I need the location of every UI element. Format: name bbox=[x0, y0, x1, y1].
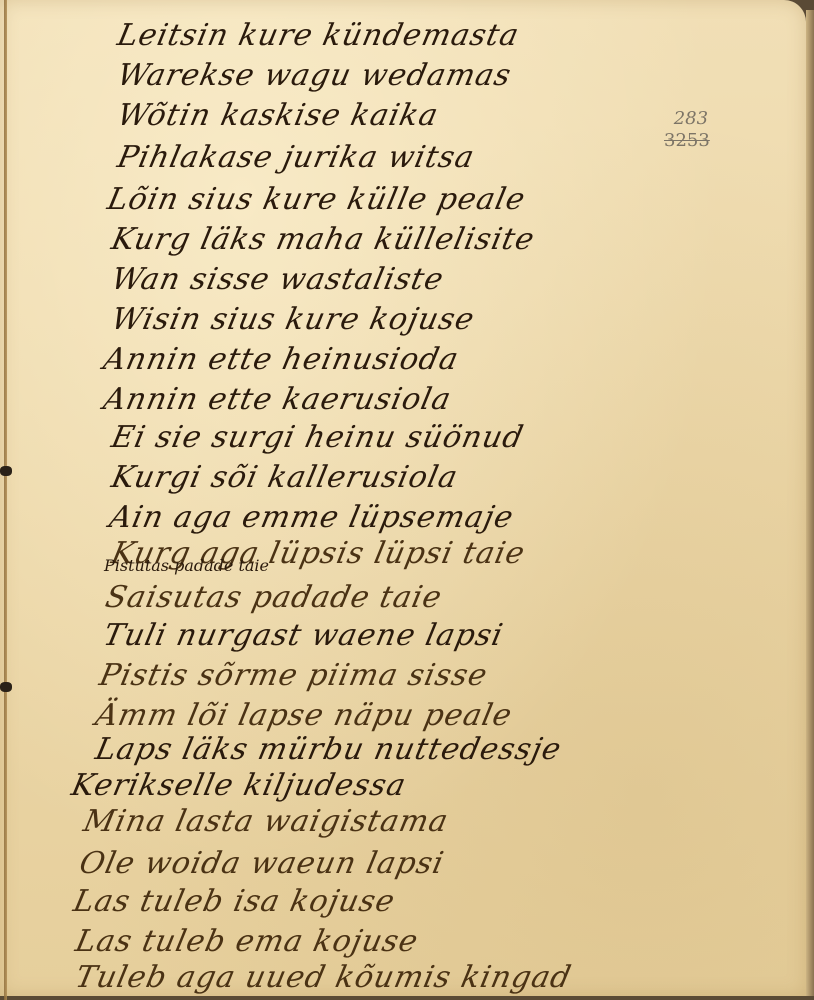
manuscript-line: Annin ette heinusioda bbox=[100, 342, 462, 377]
manuscript-line: Tuli nurgast waene lapsi bbox=[100, 618, 506, 653]
manuscript-line: Pihlakase jurika witsa bbox=[114, 140, 478, 175]
manuscript-line: Wisin sius kure kojuse bbox=[108, 302, 478, 337]
handwritten-text-block: Leitsin kure kündemasta Warekse wagu wed… bbox=[0, 0, 806, 1000]
interlinear-insertion: Pistutas padade taie bbox=[104, 556, 269, 575]
manuscript-line: Ämm lõi lapse näpu peale bbox=[92, 698, 515, 733]
manuscript-line: Leitsin kure kündemasta bbox=[114, 18, 522, 53]
manuscript-line: Annin ette kaerusiola bbox=[100, 382, 454, 417]
manuscript-line: Wõtin kaskise kaika bbox=[114, 98, 441, 133]
manuscript-line: Pistis sõrme piima sisse bbox=[96, 658, 491, 693]
manuscript-line: Mina lasta waigistama bbox=[80, 804, 451, 839]
manuscript-line: Tuleb aga uued kõumis kingad bbox=[72, 960, 574, 995]
page-edge bbox=[806, 10, 814, 996]
manuscript-line: Kurg läks maha küllelisite bbox=[108, 222, 538, 257]
manuscript-line: Kerikselle kiljudessa bbox=[68, 768, 409, 803]
manuscript-line: Lõin sius kure külle peale bbox=[104, 182, 528, 217]
manuscript-line: Las tuleb isa kojuse bbox=[70, 884, 398, 919]
manuscript-line: Kurgi sõi kallerusiola bbox=[108, 460, 461, 495]
manuscript-line: Ei sie surgi heinu süönud bbox=[108, 420, 527, 455]
manuscript-line: Saisutas padade taie bbox=[102, 580, 445, 615]
manuscript-line: Wan sisse wastaliste bbox=[108, 262, 447, 297]
manuscript-line: Laps läks mürbu nuttedessje bbox=[92, 732, 564, 767]
manuscript-line: Las tuleb ema kojuse bbox=[72, 924, 421, 959]
manuscript-line: Ain aga emme lüpsemaje bbox=[106, 500, 517, 535]
manuscript-line: Ole woida waeun lapsi bbox=[76, 846, 447, 881]
manuscript-line: Warekse wagu wedamas bbox=[114, 58, 514, 93]
